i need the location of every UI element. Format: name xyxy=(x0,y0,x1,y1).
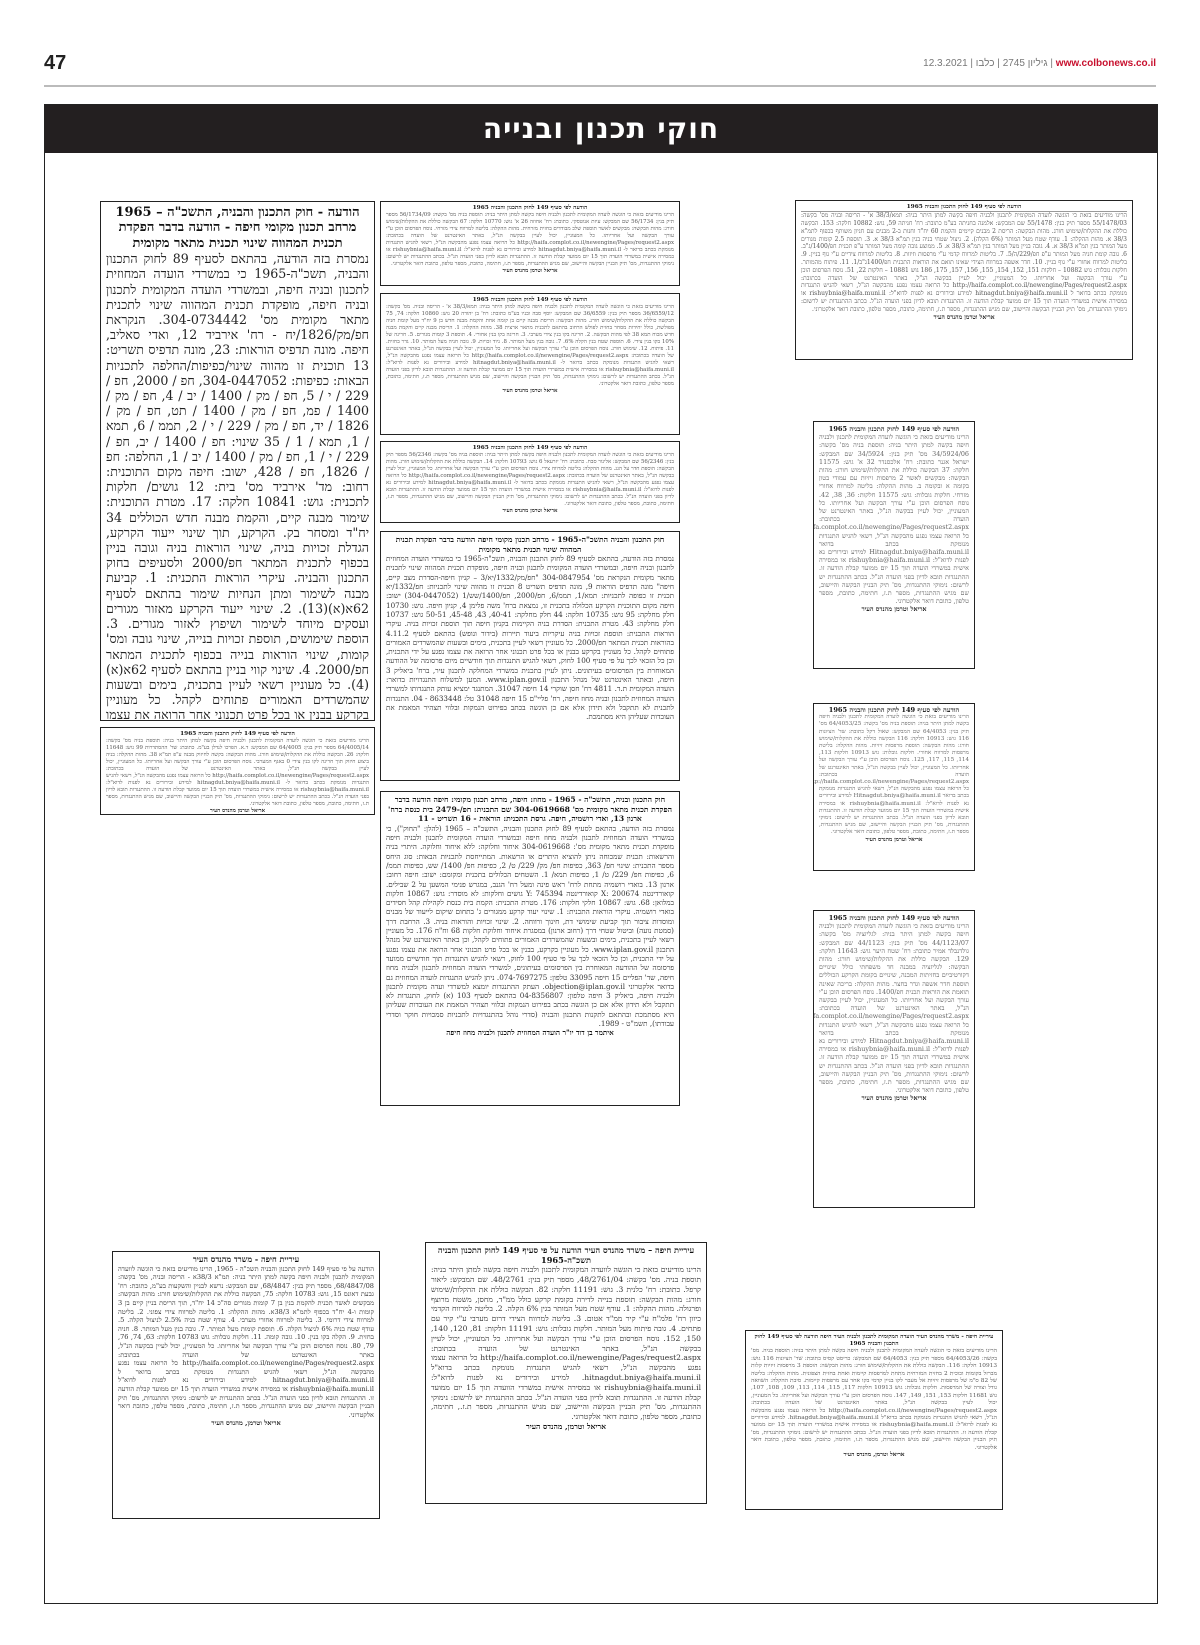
notice-title: הודעה לפי סעיף 149 לחוק התכנון והבניה 19… xyxy=(819,425,969,433)
site-link[interactable]: www.colbonews.co.il xyxy=(1056,58,1156,69)
notice-signature: איתמר בן דוד יו"ר הועדה המחוזית לתכנון ו… xyxy=(386,1028,674,1037)
notice-body: הרינו מודיעים בזאת כי הוגשה לועדה המקומי… xyxy=(386,452,674,508)
section-title: חוקי תכנון ובנייה xyxy=(45,105,1157,153)
notice-body: הרינו מודיעים בזאת כי הוגשה לועדה המקומי… xyxy=(386,212,674,268)
issue-date: 12.3.2021 xyxy=(923,58,968,69)
notice-signature: אריאל וטרמן מהנדס העיר xyxy=(819,605,969,613)
notice-signature: אריאל וטרמן מהנדס העיר xyxy=(386,268,674,275)
notice-149-givat-downs: עיריית חיפה - משרד מהנדס העיר הודעה על פ… xyxy=(112,1251,380,1519)
notice-149-hahistadrut: הודעה לפי סעיף 149 לחוק התכנון והבניה 19… xyxy=(100,727,375,815)
issue-number: גיליון 2745 xyxy=(1003,58,1048,69)
notice-149-hatzionut-116-balconies: עיריית חיפה - משרד מהנדס העיר הועדה המקו… xyxy=(745,1330,1003,1510)
notice-149-yizrael: הודעה לפי סעיף 149 לחוק התכנון והבניה 19… xyxy=(380,441,680,523)
notice-signature: אריאל וטרמן מהנדס העיר xyxy=(386,508,674,515)
masthead: 12.3.2021 | גיליון 2745 | כלבו | www.col… xyxy=(923,58,1156,69)
notice-signature: אריאל וטרמן מהנדס העיר xyxy=(386,388,674,395)
section-frame: חוקי תכנון ובנייה הודעה - חוק התכנון והב… xyxy=(44,104,1158,1604)
notice-149-hanita: הודעה לפי סעיף 149 לחוק התכנון והבניה 19… xyxy=(795,200,1133,360)
notice-title: עיריית חיפה - משרד מהנדס העיר הועדה המקו… xyxy=(751,1334,997,1348)
notice-body: נמסרת בזה הודעה, בהתאם לסעיף 89 לחוק התכ… xyxy=(106,251,369,721)
notice-signature: אריאל וטרמן מהנדס העיר xyxy=(819,837,969,844)
notice-title: עיריית חיפה – משרד מהנדס העיר הודעה על פ… xyxy=(431,1246,701,1265)
notice-signature: אריאל וטרמן, מהנדס העיר xyxy=(118,1419,374,1428)
notice-body: הרינו מודיעים בזאת כי הוגשה לועדה המקומי… xyxy=(819,922,969,1094)
notice-title: עיריית חיפה - משרד מהנדס העיר xyxy=(118,1255,374,1265)
notice-plan-deposit-haifa-mall: חוק התכנון והבניה התשכ"ה-1965 - מרחב תכנ… xyxy=(380,531,680,781)
page-header: 47 12.3.2021 | גיליון 2745 | כלבו | www.… xyxy=(44,52,1156,78)
notice-signature: אריאל וטרמן, מהנדס העיר xyxy=(751,1452,997,1459)
notice-149-hatzionut-116: הודעה לפי סעיף 149 לחוק התכנון והבניה 19… xyxy=(813,703,975,871)
notice-body: הרינו מודיעים בזאת כי הוגשה לוועדה המקומ… xyxy=(431,1265,701,1422)
notice-body: הרינו מודיעים בזאת כי הוגשה לועדה המקומי… xyxy=(106,738,369,808)
notice-149-legalization: הודעה לפי סעיף 149 לחוק התכנון והבניה 19… xyxy=(813,910,975,1208)
notice-149-ahuza: הודעה לפי סעיף 149 לחוק התכנון והבניה 19… xyxy=(380,201,680,286)
notice-body: הרינו מודיעים בזאת כי הוגשה לועדה המקומי… xyxy=(751,1348,997,1452)
notice-body: הרינו מודיעים בזאת כי הוגשה לועדה המקומי… xyxy=(819,433,969,605)
publication-name: כלבו xyxy=(976,58,995,69)
notice-body: הרינו מודיעים בזאת כי הוגשה לועדה המקומי… xyxy=(801,212,1127,313)
notice-149-ben-yehuda: הודעה לפי סעיף 149 לחוק התכנון והבניה 19… xyxy=(380,293,680,435)
notice-title: חוק התכנון ובניה, התשכ"ה - 1965 - מחוז: … xyxy=(386,795,674,824)
notice-signature: אריאל וטרמן, מהנדס העיר xyxy=(431,1422,701,1432)
notice-title: הודעה לפי סעיף 149 לחוק התכנון והבניה 19… xyxy=(819,914,969,922)
notice-149-alexander: הודעה לפי סעיף 149 לחוק התכנון והבניה 19… xyxy=(813,421,975,669)
notice-body: הודעה על פי סעיף 149 לחוק התכנון והבניה … xyxy=(118,1265,374,1420)
notice-body: הרינו מודיעים בזאת כי הוגשה לועדה המקומי… xyxy=(819,714,969,836)
notice-plan-deposit-arnon-synagogue: חוק התכנון ובניה, התשכ"ה - 1965 - מחוז: … xyxy=(380,791,680,1106)
notice-signature: אריאל וטרמן מהנדס העיר xyxy=(819,1094,969,1102)
header-divider xyxy=(44,85,1156,87)
notice-plan-deposit-irbid: הודעה - חוק התכנון והבניה, התשכ"ה – 1965… xyxy=(100,201,375,721)
notice-title: הודעה לפי סעיף 149 לחוק התכנון והבניה 19… xyxy=(801,204,1127,212)
notice-body: נמסרת בזה הודעה, בהתאם לסעיף 89 לחוק התכ… xyxy=(386,554,674,721)
notice-signature: אריאל וטרמן מהנדס העיר xyxy=(106,808,369,815)
notice-149-kalanit: עיריית חיפה – משרד מהנדס העיר הודעה על פ… xyxy=(425,1242,707,1504)
notice-title: הודעה - חוק התכנון והבניה, התשכ"ה – 1965… xyxy=(106,205,369,251)
notice-body: הרינו מודיעים בזאת כי הוגשה לועדה המקומי… xyxy=(386,304,674,388)
notice-signature: אריאל וטרמן מהנדס העיר xyxy=(801,314,1127,322)
page-number: 47 xyxy=(44,52,66,75)
notice-title: חוק התכנון והבניה התשכ"ה-1965 - מרחב תכנ… xyxy=(386,535,674,554)
notice-body: נמסרת בזה הודעה, בהתאם לסעיף 89 לחוק התכ… xyxy=(386,824,674,1029)
